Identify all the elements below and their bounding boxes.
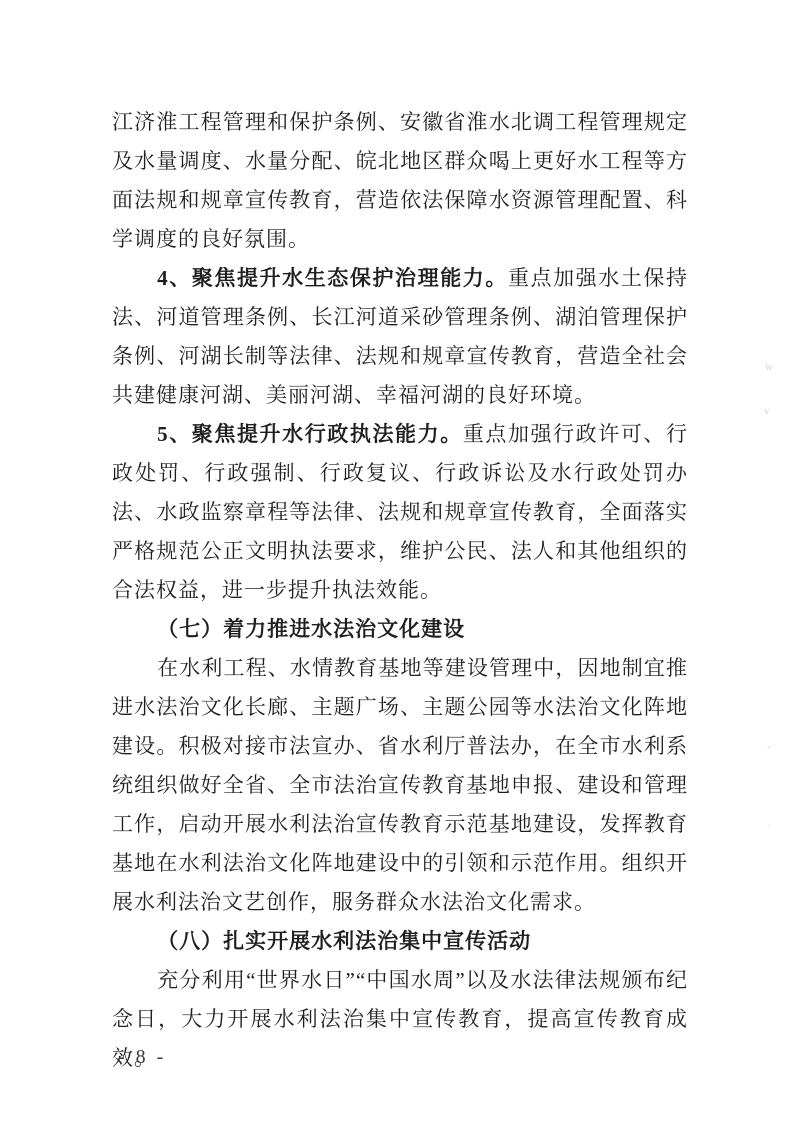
scan-artifact: w [764, 362, 773, 374]
document-page: 江济淮工程管理和保护条例、安徽省淮水北调工程管理规定及水量调度、水量分配、皖北地… [0, 0, 793, 1122]
item5-bold-lead: 5、聚焦提升水行政执法能力。 [157, 422, 463, 446]
paragraph-item5: 5、聚焦提升水行政执法能力。重点加强行政许可、行政处罚、行政强制、行政复议、行政… [112, 415, 688, 610]
paragraph-section7-body: 在水利工程、水情教育基地等建设管理中，因地制宜推进水法治文化长廊、主题广场、主题… [112, 649, 688, 922]
paragraph-item4: 4、聚焦提升水生态保护治理能力。重点加强水土保持法、河道管理条例、长江河道采砂管… [112, 259, 688, 415]
section-heading-8: （八）扎实开展水利法治集中宣传活动 [112, 922, 688, 961]
scan-artifact: v [764, 406, 770, 417]
item5-text: 重点加强行政许可、行政处罚、行政强制、行政复议、行政诉讼及水行政处罚办法、水政监… [112, 422, 688, 602]
paragraph-section8-body: 充分利用“世界水日”“中国水周”以及水法律法规颁布纪念日，大力开展水利法治集中宣… [112, 961, 688, 1078]
paragraph-intro-continuation: 江济淮工程管理和保护条例、安徽省淮水北调工程管理规定及水量调度、水量分配、皖北地… [112, 103, 688, 259]
item4-bold-lead: 4、聚焦提升水生态保护治理能力。 [157, 266, 508, 290]
document-body: 江济淮工程管理和保护条例、安徽省淮水北调工程管理规定及水量调度、水量分配、皖北地… [112, 103, 688, 1078]
page-number: - 8 - [118, 1046, 166, 1069]
scan-artifact: . [767, 818, 771, 829]
scan-artifact: - [766, 742, 772, 754]
section-heading-7: （七）着力推进水法治文化建设 [112, 610, 688, 649]
